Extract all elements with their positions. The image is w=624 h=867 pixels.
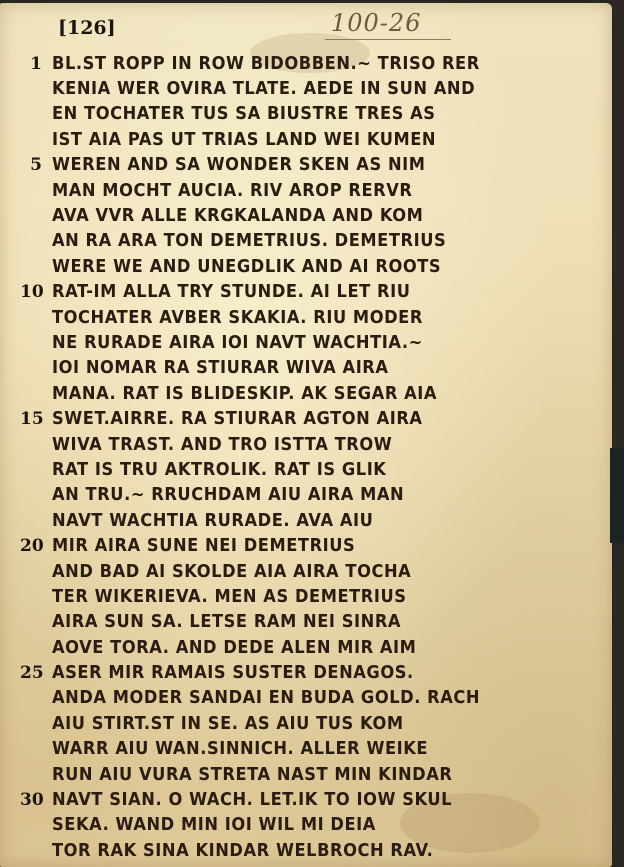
manuscript-line: EN TOCHATER TUS SA BIUSTRE TRES AS (0, 102, 612, 127)
line-text: RAT IS TRU AKTROLIK. RAT IS GLIK (52, 460, 386, 480)
line-text: TOR RAK SINA KINDAR WELBROCH RAV. (52, 841, 433, 861)
page-edge (614, 0, 624, 867)
manuscript-line: RUN AIU VURA STRETA NAST MIN KINDAR (0, 762, 612, 787)
manuscript-line: IST AIA PAS UT TRIAS LAND WEI KUMEN (0, 127, 612, 152)
manuscript-text: 1BL.ST ROPP IN ROW BIDOBBEN.~ TRISO RERK… (0, 51, 612, 864)
manuscript-line: 1BL.ST ROPP IN ROW BIDOBBEN.~ TRISO RER (0, 51, 612, 76)
manuscript-line: 20MIR AIRA SUNE NEI DEMETRIUS (0, 533, 612, 558)
line-text: TER WIKERIEVA. MEN AS DEMETRIUS (52, 587, 407, 607)
manuscript-line: AOVE TORA. AND DEDE ALEN MIR AIM (0, 635, 612, 660)
manuscript-page: [126] 100-26 1BL.ST ROPP IN ROW BIDOBBEN… (0, 3, 612, 867)
manuscript-line: WIVA TRAST. AND TRO ISTTA TROW (0, 432, 612, 457)
manuscript-line: TOR RAK SINA KINDAR WELBROCH RAV. (0, 838, 612, 863)
folio-number: 100-26 (325, 9, 451, 40)
line-text: ASER MIR RAMAIS SUSTER DENAGOS. (52, 663, 414, 683)
manuscript-line: KENIA WER OVIRA TLATE. AEDE IN SUN AND (0, 76, 612, 101)
line-text: AN RA ARA TON DEMETRIUS. DEMETRIUS (52, 231, 446, 251)
line-text: BL.ST ROPP IN ROW BIDOBBEN.~ TRISO RER (52, 54, 480, 74)
manuscript-line: NAVT WACHTIA RURADE. AVA AIU (0, 508, 612, 533)
manuscript-line: ANDA MODER SANDAI EN BUDA GOLD. RACH (0, 686, 612, 711)
line-text: ANDA MODER SANDAI EN BUDA GOLD. RACH (52, 688, 480, 708)
manuscript-line: NE RURADE AIRA IOI NAVT WACHTIA.~ (0, 330, 612, 355)
manuscript-line: TOCHATER AVBER SKAKIA. RIU MODER (0, 305, 612, 330)
manuscript-line: AN TRU.~ RRUCHDAM AIU AIRA MAN (0, 483, 612, 508)
line-number: 25 (20, 663, 42, 683)
manuscript-line: IOI NOMAR RA STIURAR WIVA AIRA (0, 356, 612, 381)
line-text: AIRA SUN SA. LETSE RAM NEI SINRA (52, 612, 401, 632)
line-text: SEKA. WAND MIN IOI WIL MI DEIA (52, 815, 376, 835)
manuscript-line: TER WIKERIEVA. MEN AS DEMETRIUS (0, 584, 612, 609)
line-number: 30 (20, 790, 42, 810)
line-text: IOI NOMAR RA STIURAR WIVA AIRA (52, 358, 389, 378)
line-text: WARR AIU WAN.SINNICH. ALLER WEIKE (52, 739, 428, 759)
line-text: WEREN AND SA WONDER SKEN AS NIM (52, 155, 426, 175)
line-text: AOVE TORA. AND DEDE ALEN MIR AIM (52, 638, 416, 658)
manuscript-line: SEKA. WAND MIN IOI WIL MI DEIA (0, 813, 612, 838)
manuscript-line: MANA. RAT IS BLIDESKIP. AK SEGAR AIA (0, 381, 612, 406)
line-text: AND BAD AI SKOLDE AIA AIRA TOCHA (52, 562, 411, 582)
line-text: WIVA TRAST. AND TRO ISTTA TROW (52, 435, 392, 455)
manuscript-line: AN RA ARA TON DEMETRIUS. DEMETRIUS (0, 229, 612, 254)
line-text: WERE WE AND UNEGDLIK AND AI ROOTS (52, 257, 441, 277)
manuscript-line: WARR AIU WAN.SINNICH. ALLER WEIKE (0, 737, 612, 762)
line-number: 1 (20, 54, 42, 74)
manuscript-line: AIU STIRT.ST IN SE. AS AIU TUS KOM (0, 711, 612, 736)
line-text: IST AIA PAS UT TRIAS LAND WEI KUMEN (52, 130, 436, 150)
line-text: KENIA WER OVIRA TLATE. AEDE IN SUN AND (52, 79, 475, 99)
line-text: RAT-IM ALLA TRY STUNDE. AI LET RIU (52, 282, 411, 302)
line-number: 10 (20, 282, 42, 302)
line-text: TOCHATER AVBER SKAKIA. RIU MODER (52, 308, 423, 328)
line-text: NAVT SIAN. O WACH. LET.IK TO IOW SKUL (52, 790, 452, 810)
line-number: 20 (20, 536, 42, 556)
line-text: RUN AIU VURA STRETA NAST MIN KINDAR (52, 765, 452, 785)
line-text: EN TOCHATER TUS SA BIUSTRE TRES AS (52, 104, 436, 124)
line-text: MIR AIRA SUNE NEI DEMETRIUS (52, 536, 355, 556)
manuscript-line: WERE WE AND UNEGDLIK AND AI ROOTS (0, 254, 612, 279)
line-number: 15 (20, 409, 42, 429)
line-text: AVA VVR ALLE KRGKALANDA AND KOM (52, 206, 423, 226)
line-text: AN TRU.~ RRUCHDAM AIU AIRA MAN (52, 485, 404, 505)
line-text: SWET.AIRRE. RA STIURAR AGTON AIRA (52, 409, 423, 429)
line-text: NE RURADE AIRA IOI NAVT WACHTIA.~ (52, 333, 423, 353)
manuscript-line: AND BAD AI SKOLDE AIA AIRA TOCHA (0, 559, 612, 584)
background-patch (610, 448, 624, 543)
line-text: NAVT WACHTIA RURADE. AVA AIU (52, 511, 373, 531)
manuscript-line: 5WEREN AND SA WONDER SKEN AS NIM (0, 153, 612, 178)
manuscript-line: RAT IS TRU AKTROLIK. RAT IS GLIK (0, 457, 612, 482)
manuscript-line: 10RAT-IM ALLA TRY STUNDE. AI LET RIU (0, 280, 612, 305)
manuscript-line: 15SWET.AIRRE. RA STIURAR AGTON AIRA (0, 406, 612, 431)
line-text: MAN MOCHT AUCIA. RIV AROP RERVR (52, 181, 413, 201)
manuscript-line: 30NAVT SIAN. O WACH. LET.IK TO IOW SKUL (0, 787, 612, 812)
manuscript-line: AIRA SUN SA. LETSE RAM NEI SINRA (0, 610, 612, 635)
reference-number: [126] (58, 17, 116, 39)
manuscript-line: AVA VVR ALLE KRGKALANDA AND KOM (0, 203, 612, 228)
manuscript-line: MAN MOCHT AUCIA. RIV AROP RERVR (0, 178, 612, 203)
line-number: 5 (20, 155, 42, 175)
manuscript-line: 25ASER MIR RAMAIS SUSTER DENAGOS. (0, 660, 612, 685)
line-text: AIU STIRT.ST IN SE. AS AIU TUS KOM (52, 714, 404, 734)
line-text: MANA. RAT IS BLIDESKIP. AK SEGAR AIA (52, 384, 437, 404)
